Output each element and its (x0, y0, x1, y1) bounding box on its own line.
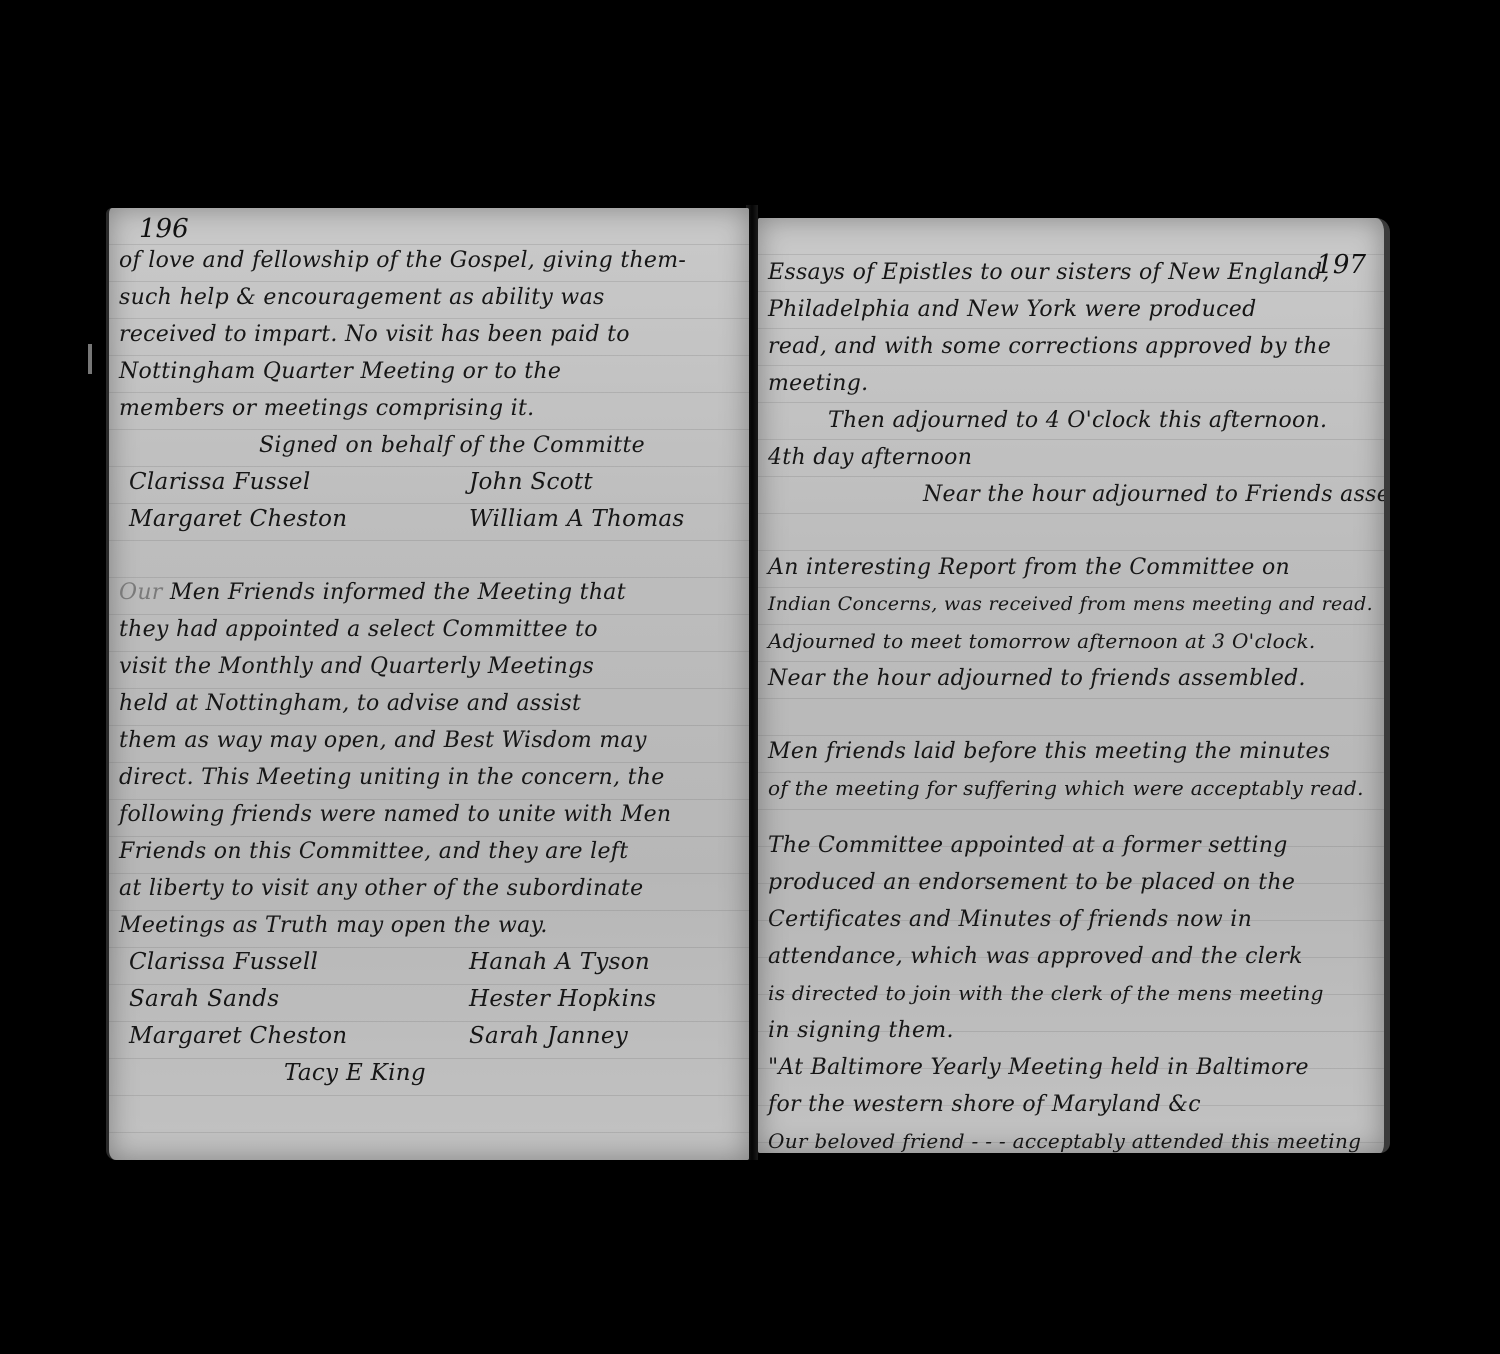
text-line: at liberty to visit any other of the sub… (109, 870, 749, 907)
left-page: 196 of love and fellowship of the Gospel… (106, 208, 749, 1160)
signature: John Scott (469, 464, 749, 501)
text-line: An interesting Report from the Committee… (758, 549, 1384, 586)
page-number-left: 196 (139, 214, 189, 244)
text-line: Meetings as Truth may open the way. (109, 907, 749, 944)
text-line: for the western shore of Maryland &c (758, 1086, 1384, 1123)
text-line: produced an endorsement to be placed on … (758, 864, 1384, 901)
text-line: Nottingham Quarter Meeting or to the (109, 353, 749, 390)
text-line: is directed to join with the clerk of th… (758, 975, 1384, 1012)
signature: Margaret Cheston (109, 501, 469, 538)
friend-name: Tacy E King (109, 1055, 749, 1092)
text-line: meeting. (758, 365, 1384, 402)
text-line: they had appointed a select Committee to (109, 611, 749, 648)
text-line: Adjourned to meet tomorrow afternoon at … (758, 623, 1384, 660)
text-line: read, and with some corrections approved… (758, 328, 1384, 365)
signature: William A Thomas (469, 501, 749, 538)
text-line: Indian Concerns, was received from mens … (758, 586, 1384, 623)
friend-name: Hester Hopkins (469, 981, 749, 1018)
text-line: members or meetings comprising it. (109, 390, 749, 427)
friend-name: Clarissa Fussell (109, 944, 469, 981)
appointed-friends-row: Margaret Cheston Sarah Janney (109, 1018, 749, 1055)
friend-name: Sarah Janney (469, 1018, 749, 1055)
text-line: of love and fellowship of the Gospel, gi… (109, 242, 749, 279)
appointed-friends-row: Clarissa Fussell Hanah A Tyson (109, 944, 749, 981)
text-line: The Committee appointed at a former sett… (758, 827, 1384, 864)
faded-word: Our (119, 580, 163, 605)
text-line: in signing them. (758, 1012, 1384, 1049)
text-line: Philadelphia and New York were produced (758, 291, 1384, 328)
scanned-document: 196 of love and fellowship of the Gospel… (0, 0, 1500, 1354)
text-line: Essays of Epistles to our sisters of New… (758, 254, 1384, 291)
text-line: Men friends laid before this meeting the… (758, 733, 1384, 770)
text-line: received to impart. No visit has been pa… (109, 316, 749, 353)
text-line: such help & encouragement as ability was (109, 279, 749, 316)
text-line: them as way may open, and Best Wisdom ma… (109, 722, 749, 759)
signature-row: Clarissa Fussel John Scott (109, 464, 749, 501)
left-page-text: of love and fellowship of the Gospel, gi… (109, 242, 749, 1092)
session-heading: 4th day afternoon (758, 439, 1384, 476)
friend-name: Hanah A Tyson (469, 944, 749, 981)
signed-on-behalf-line: Signed on behalf of the Committe (109, 427, 749, 464)
right-page-text: Essays of Epistles to our sisters of New… (758, 254, 1384, 1153)
friend-name: Margaret Cheston (109, 1018, 469, 1055)
assembled-line: Near the hour adjourned to Friends assem… (758, 476, 1384, 513)
text-line-content: Men Friends informed the Meeting that (170, 580, 626, 605)
text-line: Our beloved friend - - - acceptably atte… (758, 1123, 1384, 1153)
friend-name: Sarah Sands (109, 981, 469, 1018)
text-line: visit the Monthly and Quarterly Meetings (109, 648, 749, 685)
right-page: 197 Essays of Epistles to our sisters of… (758, 218, 1390, 1153)
text-line: following friends were named to unite wi… (109, 796, 749, 833)
text-line: Our Men Friends informed the Meeting tha… (109, 574, 749, 611)
text-line: Friends on this Committee, and they are … (109, 833, 749, 870)
signature-row: Margaret Cheston William A Thomas (109, 501, 749, 538)
text-line: of the meeting for suffering which were … (758, 770, 1384, 807)
text-line: direct. This Meeting uniting in the conc… (109, 759, 749, 796)
appointed-friends-row: Sarah Sands Hester Hopkins (109, 981, 749, 1018)
scan-artifact (88, 344, 92, 374)
text-line: attendance, which was approved and the c… (758, 938, 1384, 975)
signature: Clarissa Fussel (109, 464, 469, 501)
text-line: Certificates and Minutes of friends now … (758, 901, 1384, 938)
text-line: Near the hour adjourned to friends assem… (758, 660, 1384, 697)
text-line: "At Baltimore Yearly Meeting held in Bal… (758, 1049, 1384, 1086)
text-line: held at Nottingham, to advise and assist (109, 685, 749, 722)
adjourn-line: Then adjourned to 4 O'clock this afterno… (758, 402, 1384, 439)
